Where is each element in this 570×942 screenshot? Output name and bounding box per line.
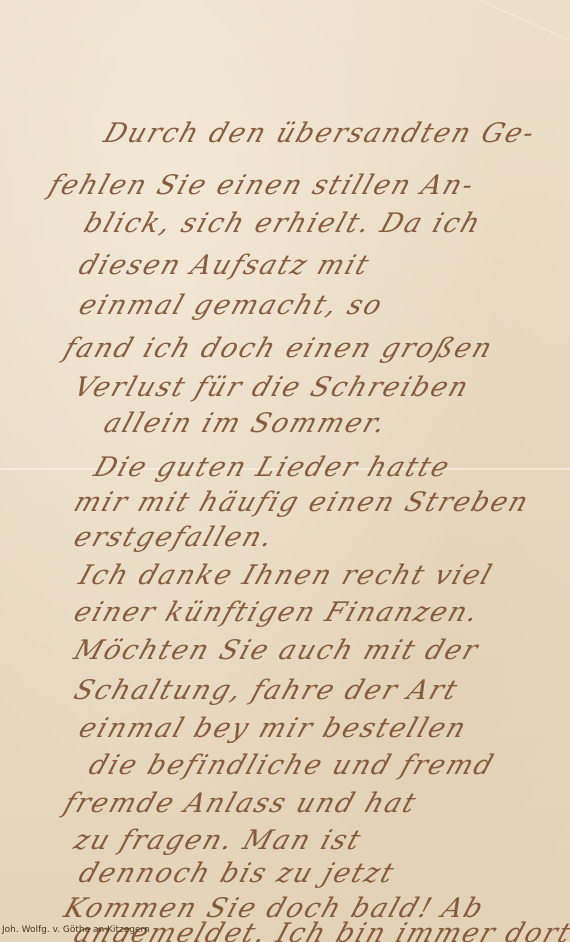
handwriting-line: zu fragen. Man ist: [0, 825, 570, 856]
handwriting-line: diesen Aufsatz mit: [0, 250, 570, 281]
handwriting-line: einmal gemacht, so: [0, 290, 570, 321]
handwriting-line: mir mit häufig einen Streben: [0, 487, 570, 518]
handwriting-line: Möchten Sie auch mit der: [0, 635, 570, 666]
handwriting-line: Ich danke Ihnen recht viel: [0, 560, 570, 591]
handwriting-line: einmal bey mir bestellen: [0, 713, 570, 744]
handwriting-line: Schaltung, fahre der Art: [0, 675, 570, 706]
attribution-caption: Joh. Wolfg. v. Göthe an Kitzegern: [2, 925, 150, 935]
handwriting-line: Durch den übersandten Ge-: [0, 118, 570, 149]
paper-crease: [332, 0, 570, 41]
handwriting-line: die befindliche und fremd: [0, 750, 570, 781]
handwriting-line: fremde Anlass und hat: [0, 788, 570, 819]
handwriting-line: fehlen Sie einen stillen An-: [0, 170, 570, 201]
handwriting-line: allein im Sommer.: [0, 408, 570, 439]
manuscript-page: Durch den übersandten Ge- fehlen Sie ein…: [0, 0, 570, 942]
handwriting-line: fand ich doch einen großen: [0, 333, 570, 364]
handwriting-line: Die guten Lieder hatte: [0, 452, 570, 483]
handwriting-line: erstgefallen.: [0, 522, 570, 553]
handwriting-line: Verlust für die Schreiben: [0, 372, 570, 403]
handwriting-line: blick, sich erhielt. Da ich: [0, 208, 570, 239]
handwriting-line: dennoch bis zu jetzt: [0, 858, 570, 889]
handwriting-line: einer künftigen Finanzen.: [0, 597, 570, 628]
